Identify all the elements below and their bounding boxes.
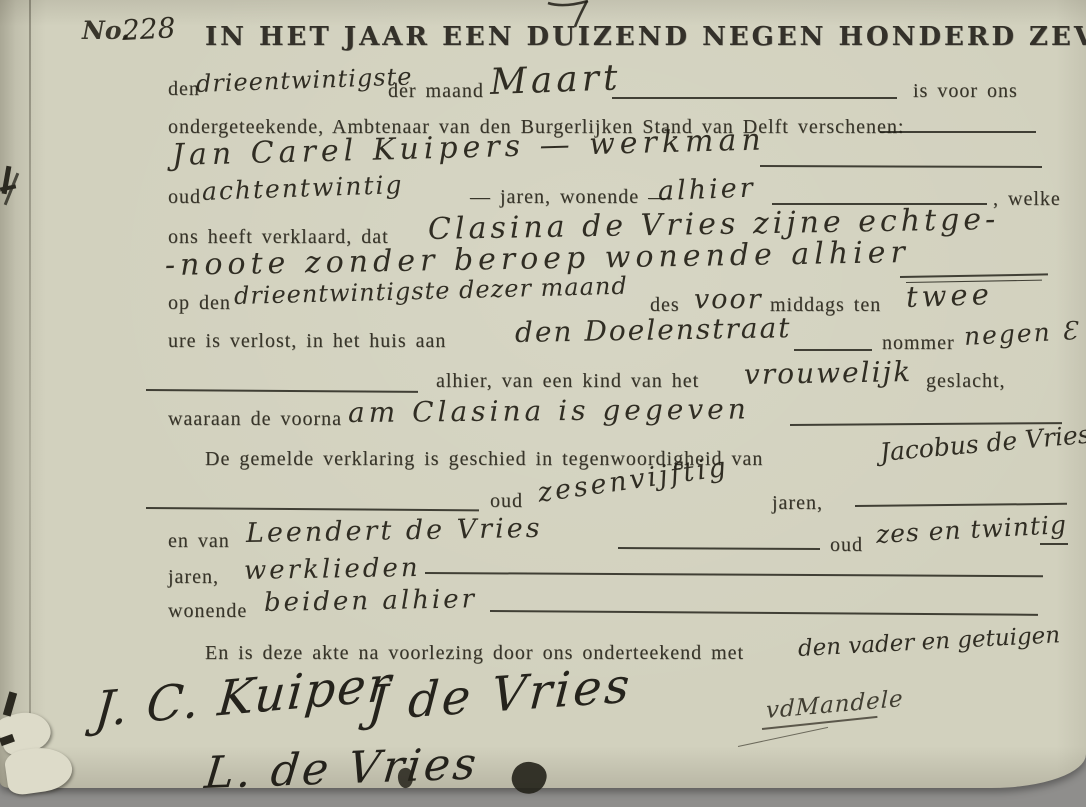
registry-number-value: 228 <box>121 11 176 47</box>
child-name-value: am Clasina is gegeven <box>348 392 750 429</box>
form-rule <box>612 97 897 99</box>
age-line-mid: — jaren, wonende — <box>470 186 669 209</box>
birth-period-value: voor <box>694 284 763 315</box>
scanned-birth-certificate: { "document": { "registry_no": { "label"… <box>0 0 1086 807</box>
house-line-pre: ure is verlost, in het huis aan <box>168 330 446 353</box>
binding-crease <box>29 0 31 786</box>
signature-witness2: L. de Vries <box>202 738 481 799</box>
witness2-age-label: oud <box>830 534 863 557</box>
form-rule <box>880 131 1036 133</box>
form-rule <box>794 349 872 351</box>
form-rule <box>1040 543 1068 545</box>
date-month-value: Maart <box>489 57 622 103</box>
date-line-post: is voor ons <box>913 80 1018 103</box>
age-line-pre: oud <box>168 186 201 209</box>
witness-residence-value: beiden alhier <box>264 584 478 618</box>
age-line-post: , welke <box>993 188 1061 211</box>
house-number-label: nommer <box>882 332 955 355</box>
child-gender-value: vrouwelijk <box>744 355 913 391</box>
birth-hour-value: twee <box>905 277 993 314</box>
name-line-pre: waaraan de voorna <box>168 408 342 431</box>
witness2-name: Leendert de Vries <box>246 513 543 549</box>
witness1-age-pre: oud <box>490 490 523 513</box>
child-line-post: geslacht, <box>926 370 1006 393</box>
house-number-value: negen Ɛ <box>963 316 1080 351</box>
declarant-residence: alhier <box>657 173 756 207</box>
date-line-mid: der maand <box>388 80 484 103</box>
profession-line-pre: jaren, <box>168 566 219 589</box>
child-line-pre: alhier, van een kind van het <box>436 370 699 393</box>
street-value: den Doelenstraat <box>515 311 792 349</box>
document-title: IN HET JAAR EEN DUIZEND NEGEN HONDERD ZE… <box>205 22 1086 52</box>
witness-profession-value: werklieden <box>244 553 421 586</box>
birth-line-pre: op den <box>168 292 231 315</box>
witness1-age-post: jaren, <box>772 492 823 515</box>
closing-line-pre: En is deze akte na voorlezing door ons o… <box>205 642 744 665</box>
witness2-line-pre: en van <box>168 530 230 553</box>
residence-line-pre: wonende <box>168 600 247 623</box>
